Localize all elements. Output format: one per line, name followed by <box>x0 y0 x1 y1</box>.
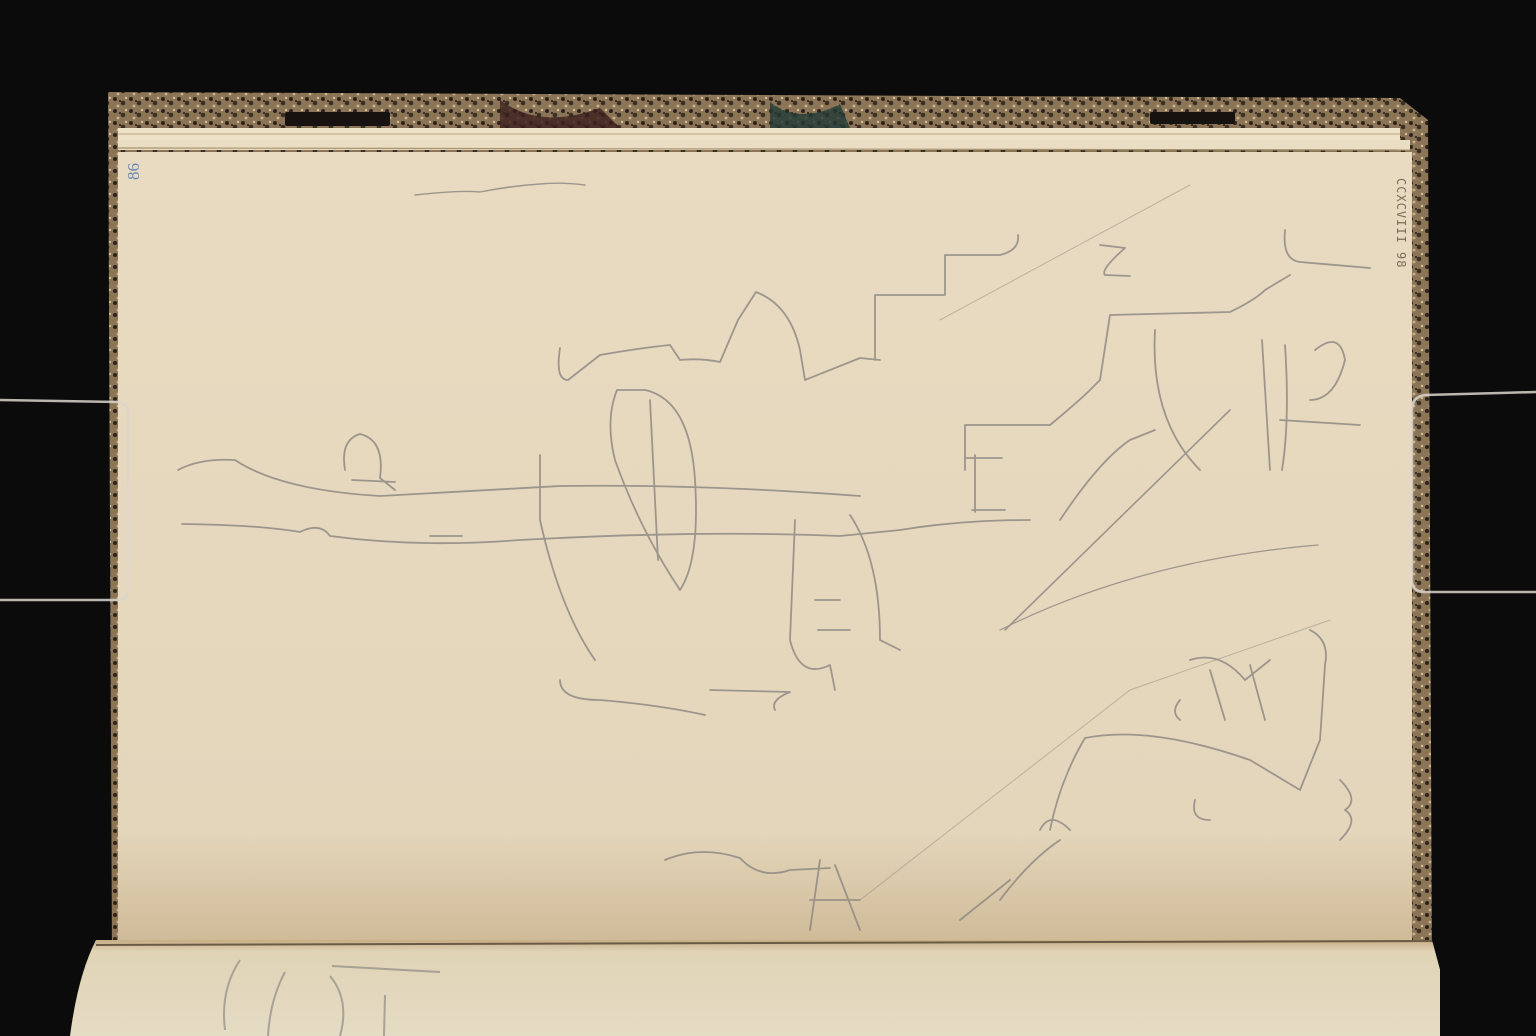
page-stack <box>118 128 1410 150</box>
sketchbook-photo <box>0 0 1536 1036</box>
sketch-page <box>118 152 1412 952</box>
left-clip <box>0 400 128 600</box>
catalogue-reference: CCXCVIII 98 <box>1394 178 1408 268</box>
facing-page <box>70 940 1536 1036</box>
page-number-annotation: 86 <box>124 163 144 180</box>
right-clip <box>1412 392 1536 592</box>
